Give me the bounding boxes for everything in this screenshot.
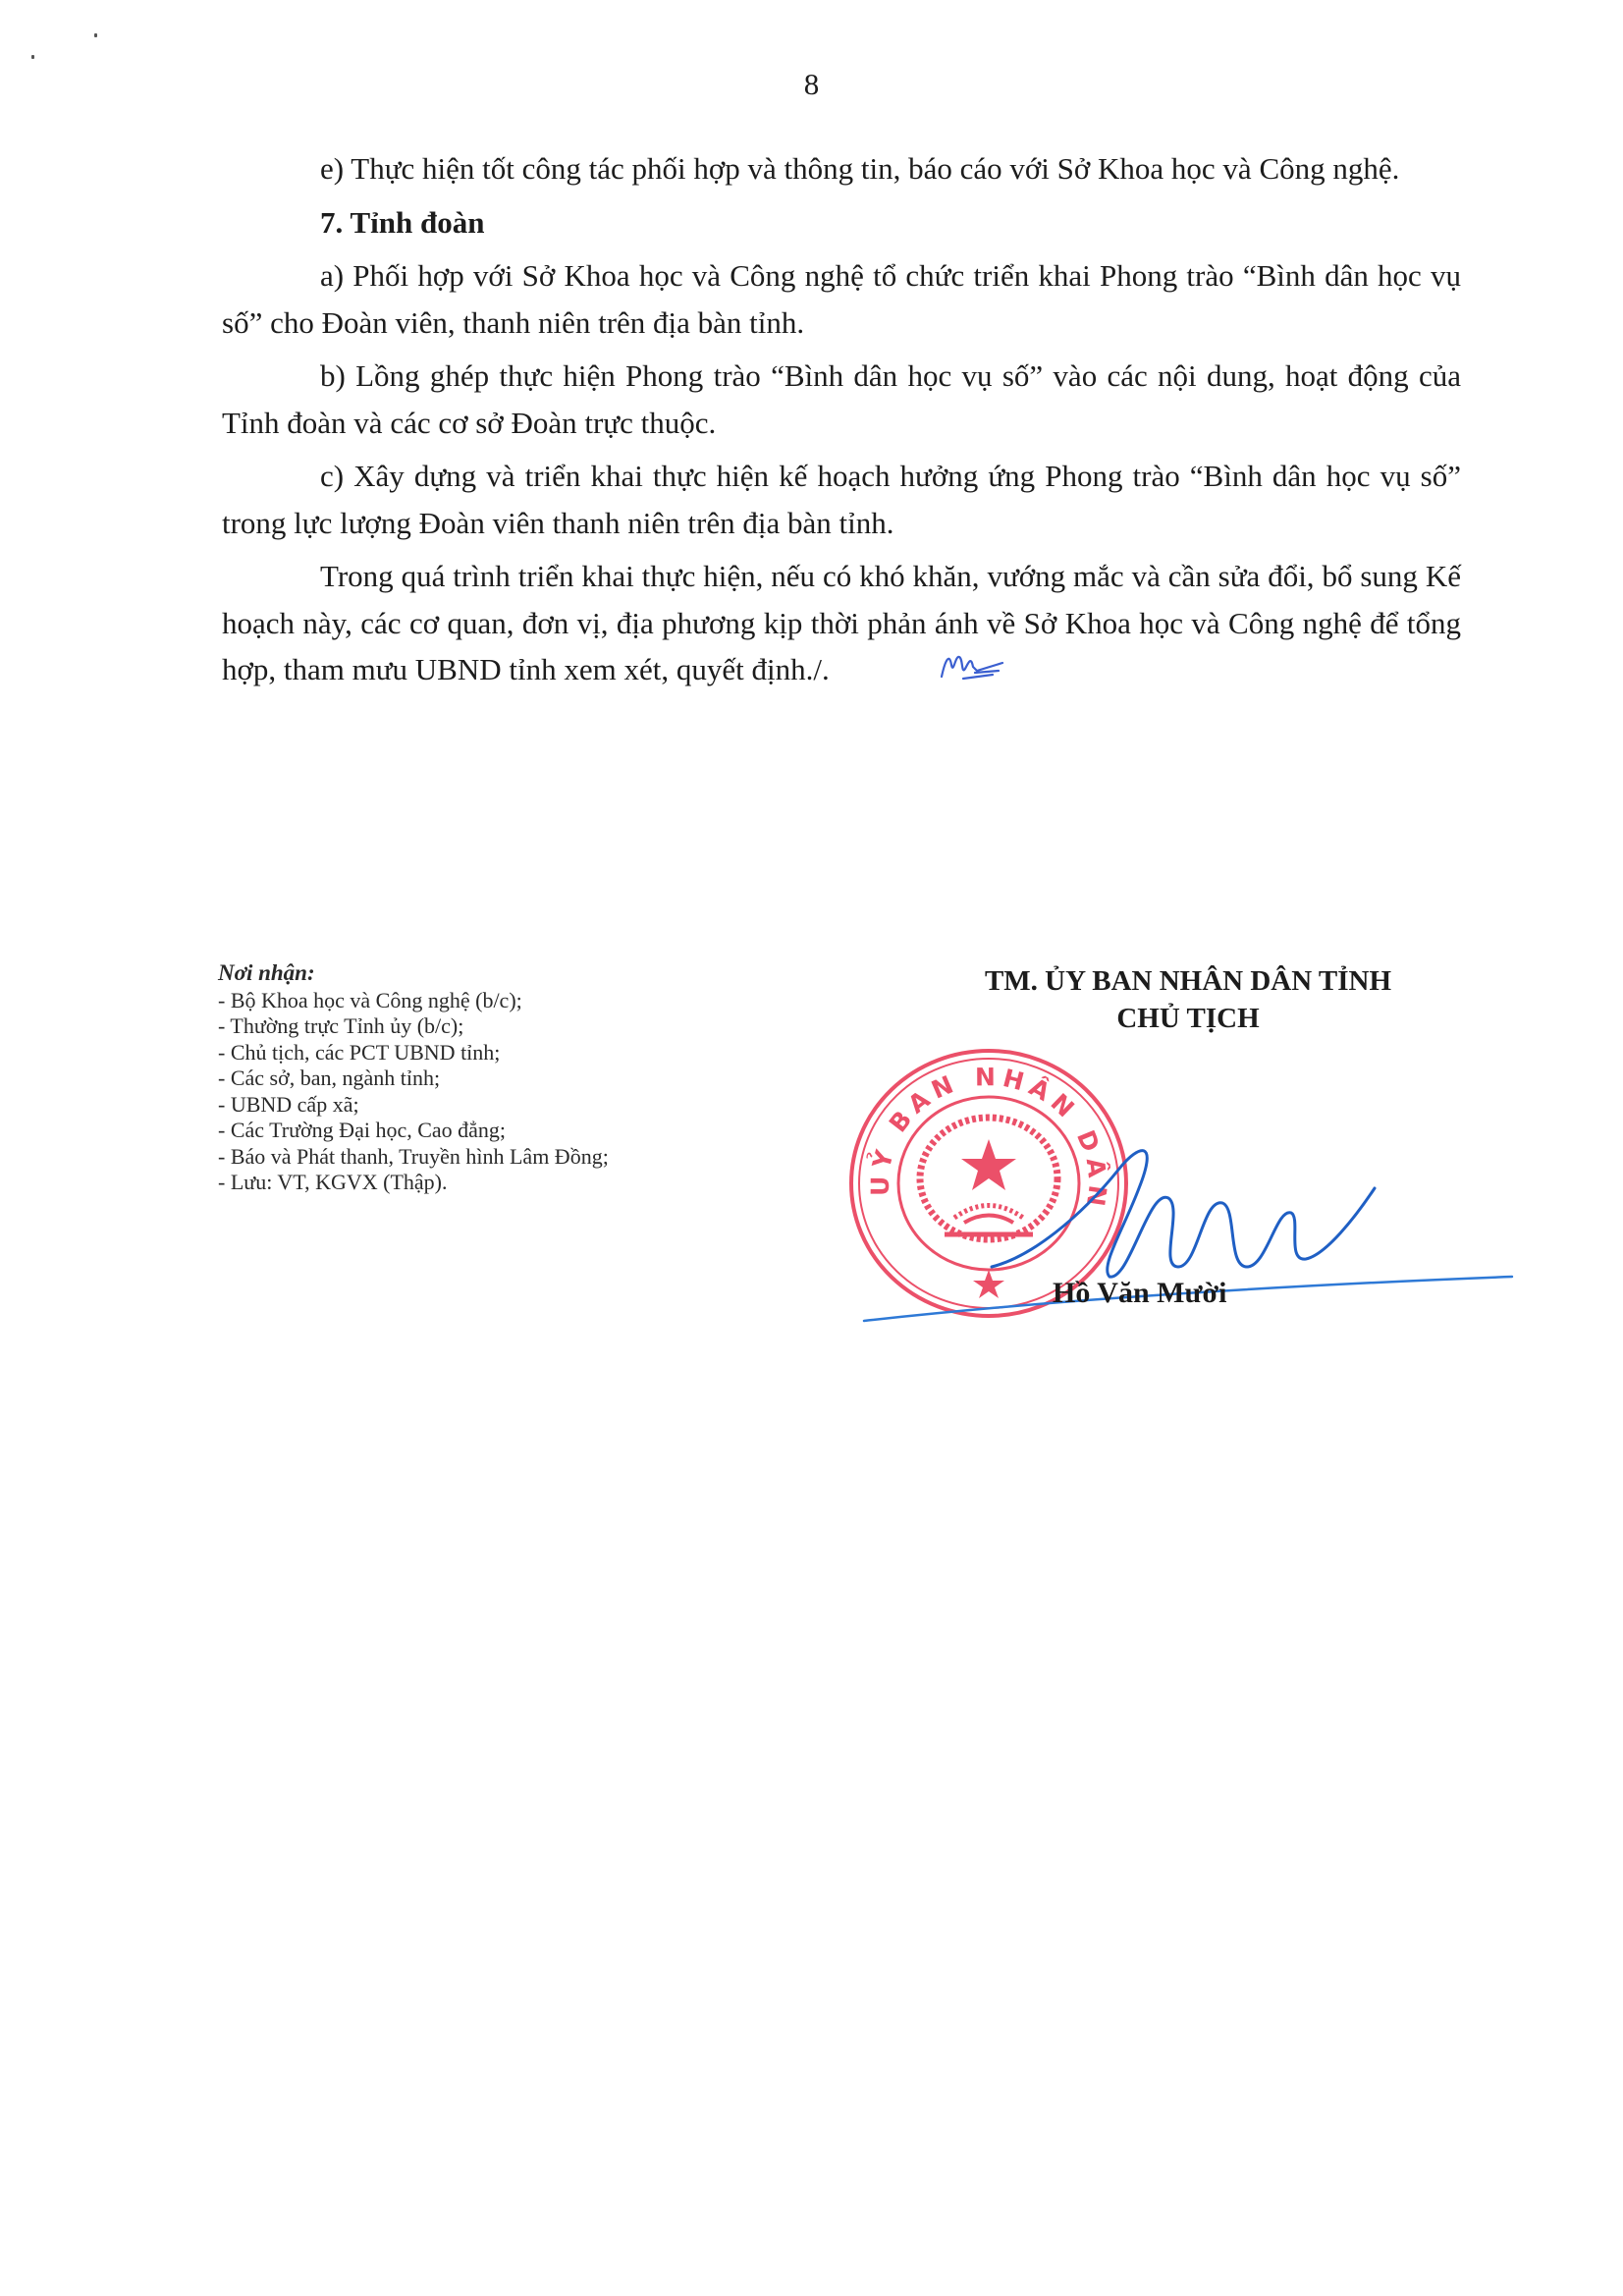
recipient-item: - Thường trực Tỉnh ủy (b/c);	[218, 1013, 807, 1040]
signer-name: Hồ Văn Mười	[1053, 1274, 1226, 1313]
initials-mark-icon	[836, 649, 1012, 696]
paragraph-7a: a) Phối hợp với Sở Khoa học và Công nghệ…	[222, 252, 1461, 346]
recipient-item: - Chủ tịch, các PCT UBND tỉnh;	[218, 1040, 807, 1066]
recipients-list: Nơi nhận: - Bộ Khoa học và Công nghệ (b/…	[218, 960, 807, 1196]
recipients-title: Nơi nhận:	[218, 960, 807, 987]
paragraph-7b: b) Lồng ghép thực hiện Phong trào “Bình …	[222, 353, 1461, 446]
recipient-item: - Bộ Khoa học và Công nghệ (b/c);	[218, 988, 807, 1014]
document-body: e) Thực hiện tốt công tác phối hợp và th…	[222, 145, 1461, 703]
recipient-item: - Các sở, ban, ngành tỉnh;	[218, 1066, 807, 1092]
page-number: 8	[0, 67, 1623, 102]
signature-block: TM. ỦY BAN NHÂN DÂN TỈNH CHỦ TỊCH	[854, 962, 1522, 1037]
scan-speck	[94, 33, 97, 37]
recipient-item: - Lưu: VT, KGVX (Thập).	[218, 1170, 807, 1196]
paragraph-e: e) Thực hiện tốt công tác phối hợp và th…	[222, 145, 1461, 192]
recipient-item: - Báo và Phát thanh, Truyền hình Lâm Đồn…	[218, 1144, 807, 1171]
signature-title-line2: CHỦ TỊCH	[854, 1000, 1522, 1037]
section-heading-tinh-doan: 7. Tỉnh đoàn	[222, 199, 1461, 246]
paragraph-7c: c) Xây dựng và triển khai thực hiện kế h…	[222, 453, 1461, 546]
recipient-item: - Các Trường Đại học, Cao đẳng;	[218, 1118, 807, 1144]
closing-paragraph: Trong quá trình triển khai thực hiện, nế…	[222, 553, 1461, 696]
scan-speck	[31, 55, 34, 59]
recipient-item: - UBND cấp xã;	[218, 1092, 807, 1119]
signature-title-line1: TM. ỦY BAN NHÂN DÂN TỈNH	[854, 962, 1522, 1000]
